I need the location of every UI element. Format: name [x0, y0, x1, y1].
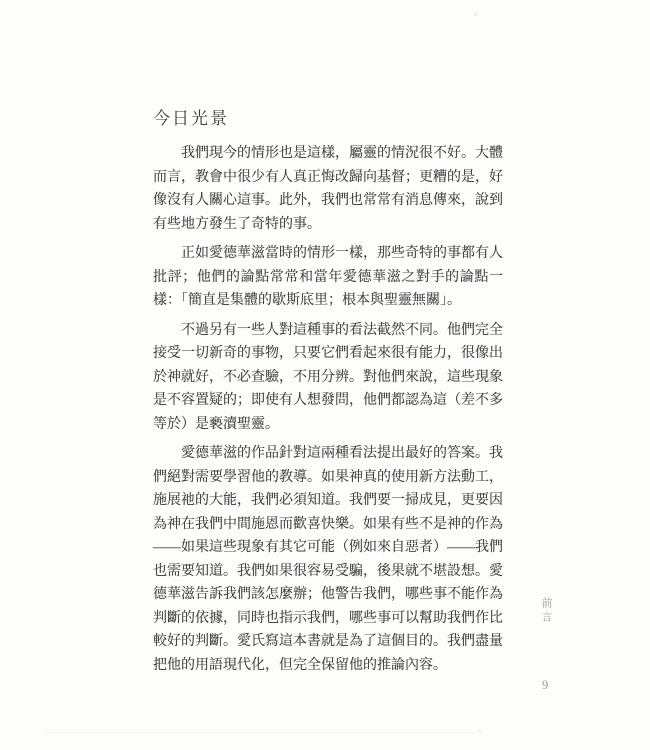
text-block: 今日光景 我們現今的情形也是這樣，屬靈的情況很不好。大體而言，教會中很少有人真正… [153, 106, 503, 677]
body-paragraph: 正如愛德華滋當時的情形一樣，那些奇特的事都有人批評；他們的論點常常和當年愛德華滋… [153, 242, 503, 313]
page-number: 9 [542, 678, 548, 693]
body-paragraph: 不過另有一些人對這種事的看法截然不同。他們完全接受一切新奇的事物，只要它們看起來… [153, 319, 503, 437]
section-heading: 今日光景 [153, 106, 503, 132]
scan-speck [478, 730, 481, 732]
scanned-book-page: 今日光景 我們現今的情形也是這樣，屬靈的情況很不好。大體而言，教會中很少有人真正… [0, 0, 650, 750]
body-paragraph: 愛德華滋的作品針對這兩種看法提出最好的答案。我們絕對需要學習他的教導。如果神真的… [153, 442, 503, 677]
chapter-margin-label: 前言 [538, 597, 554, 625]
scan-artifact-line [45, 732, 480, 733]
body-paragraph: 我們現今的情形也是這樣，屬靈的情況很不好。大體而言，教會中很少有人真正悔改歸向基… [153, 142, 503, 236]
paragraph-list: 我們現今的情形也是這樣，屬靈的情況很不好。大體而言，教會中很少有人真正悔改歸向基… [153, 142, 503, 677]
scan-speck [474, 13, 477, 16]
